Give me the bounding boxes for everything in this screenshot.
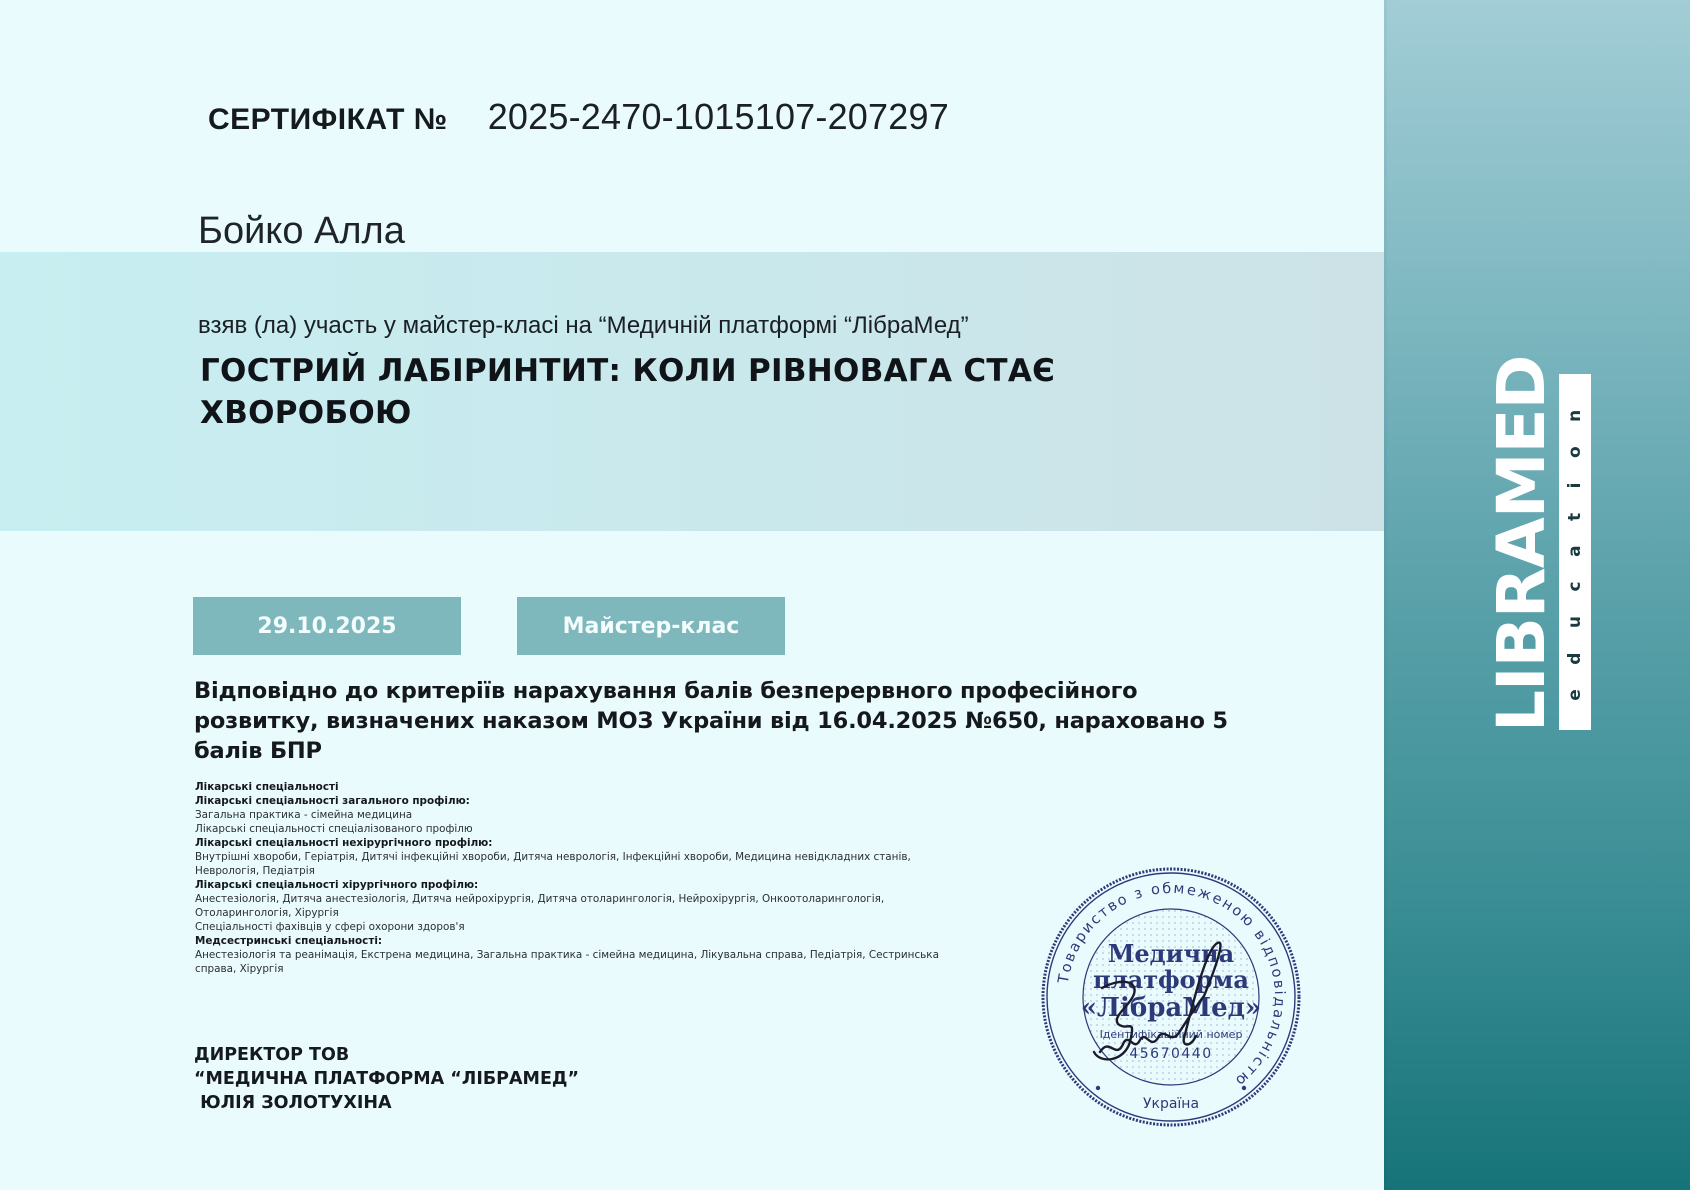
participation-text: взяв (ла) участь у майстер-класі на “Мед… — [198, 312, 969, 340]
specialty-line: Лікарські спеціальності спеціалізованого… — [195, 822, 1045, 836]
logo-education-bar: education — [1559, 374, 1591, 730]
event-date-badge: 29.10.2025 — [193, 597, 461, 655]
specialty-line: Внутрішні хвороби, Геріатрія, Дитячі інф… — [195, 850, 1045, 864]
libramed-logo: LIBRAMED education — [1486, 372, 1592, 732]
course-title: ГОСТРИЙ ЛАБІРИНТИТ: КОЛИ РІВНОВАГА СТАЄ … — [200, 350, 1160, 434]
certificate-number: 2025-2470-1015107-207297 — [488, 96, 949, 138]
specialty-heading: Лікарські спеціальності — [195, 780, 1045, 794]
specialty-heading: Лікарські спеціальності нехірургічного п… — [195, 836, 1045, 850]
director-signature-block: ДИРЕКТОР ТОВ “МЕДИЧНА ПЛАТФОРМА “ЛІБРАМЕ… — [194, 1043, 579, 1115]
recipient-name: Бойко Алла — [198, 210, 405, 253]
specialty-line: Анестезіологія та реанімація, Екстрена м… — [195, 948, 1045, 962]
director-title: ДИРЕКТОР ТОВ — [194, 1043, 579, 1067]
stamp-id-label: Ідентифікаційний номер — [1100, 1028, 1243, 1041]
stamp-country: Україна — [1143, 1096, 1199, 1112]
event-type-badge: Майстер-клас — [517, 597, 785, 655]
certificate-header: СЕРТИФІКАТ № 2025-2470-1015107-207297 — [208, 96, 949, 138]
company-name: “МЕДИЧНА ПЛАТФОРМА “ЛІБРАМЕД” — [194, 1067, 579, 1091]
logo-subtitle: education — [1559, 374, 1591, 730]
company-stamp: Товариство з обмеженою відповідальністю … — [1040, 866, 1302, 1128]
specialty-line: Спеціальності фахівців у сфері охорони з… — [195, 920, 1045, 934]
specialty-line: Неврологія, Педіатрія — [195, 864, 1045, 878]
logo-wordmark: LIBRAMED — [1486, 372, 1558, 732]
specialty-line: Анестезіологія, Дитяча анестезіологія, Д… — [195, 892, 1045, 906]
specialty-line: справа, Хірургія — [195, 962, 1045, 976]
cpd-criteria-text: Відповідно до критеріїв нарахування балі… — [194, 676, 1254, 766]
specialty-heading: Лікарські спеціальності загального профі… — [195, 794, 1045, 808]
director-name: ЮЛІЯ ЗОЛОТУХІНА — [194, 1091, 579, 1115]
specialties-list: Лікарські спеціальностіЛікарські спеціал… — [195, 780, 1045, 976]
specialty-line: Отоларингологія, Хірургія — [195, 906, 1045, 920]
specialty-heading: Лікарські спеціальності хірургічного про… — [195, 878, 1045, 892]
stamp-center-line2: платформа — [1093, 965, 1249, 994]
specialty-line: Загальна практика - сімейна медицина — [195, 808, 1045, 822]
stamp-id-number: 45670440 — [1129, 1046, 1212, 1062]
certificate-label: СЕРТИФІКАТ № — [208, 103, 448, 137]
specialty-heading: Медсестринські спеціальності: — [195, 934, 1045, 948]
stamp-center-line3: «ЛібраМед» — [1081, 993, 1261, 1023]
